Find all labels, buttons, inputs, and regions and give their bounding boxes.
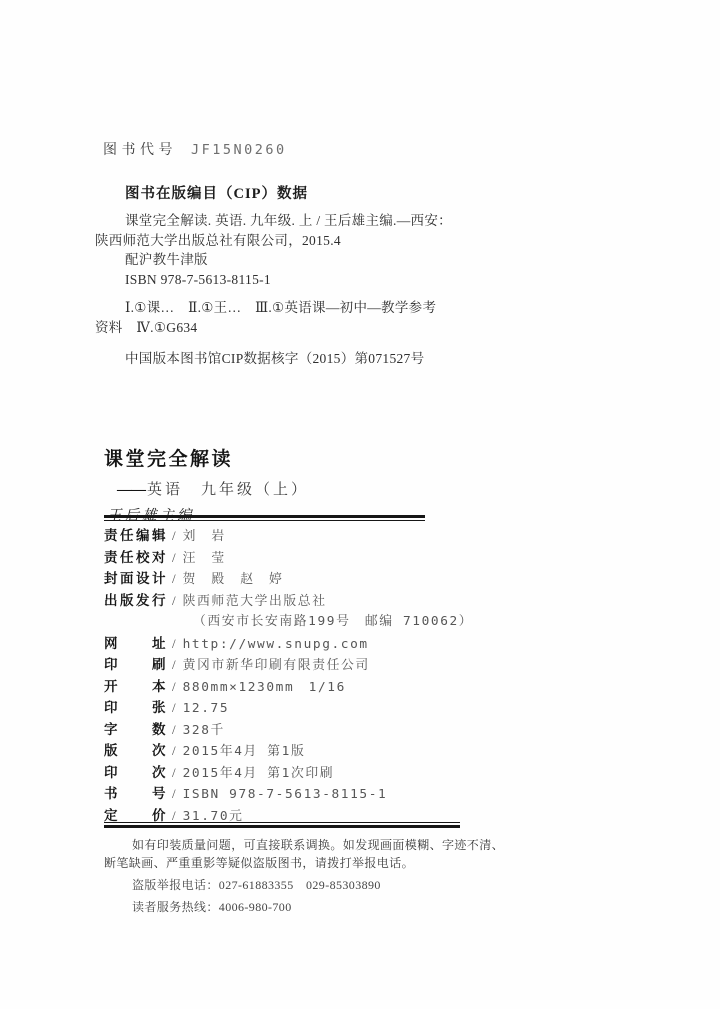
cip-line-7: 中国版本图书馆CIP数据核字（2015）第071527号 (95, 349, 445, 369)
row-label: 印 张 (104, 696, 170, 716)
colophon-row-publisher-address: （西安市长安南路199号 邮编 710062） (104, 610, 473, 632)
rule-thick-line (104, 515, 425, 518)
cip-line-5: Ⅰ.①课… Ⅱ.①王… Ⅲ.①英语课—初中—教学参考 (95, 298, 445, 318)
row-value: 陕西师范大学出版总社 (183, 590, 327, 609)
cip-heading: 图书在版编目（CIP）数据 (125, 182, 308, 203)
row-label: 版 次 (104, 739, 170, 759)
double-rule-bottom (104, 822, 460, 828)
row-label: 定 价 (104, 804, 170, 824)
row-label: 开 本 (104, 675, 170, 695)
slash-separator: / (172, 636, 176, 652)
title-block: 课堂完全解读 ——英语 九年级（上） 王后雄主编 (104, 444, 309, 525)
colophon-row-editor: 责任编辑/刘 岩 (104, 524, 473, 546)
row-value: （西安市长安南路199号 邮编 710062） (193, 610, 473, 629)
row-label: 出版发行 (104, 589, 170, 609)
colophon-row-publisher: 出版发行/陕西师范大学出版总社 (104, 589, 473, 611)
notice-line-2: 断笔缺画、严重重影等疑似盗版图书，请拨打举报电话。 (104, 855, 504, 873)
row-value: 黄冈市新华印刷有限责任公司 (183, 654, 370, 673)
row-value: 贺 殿 赵 婷 (183, 568, 284, 587)
cip-line-3: 配沪教牛津版 (95, 250, 445, 270)
book-subtitle: 英语 九年级（上） (147, 482, 309, 498)
row-value: 2015年4月 第1次印刷 (183, 762, 335, 781)
rule-thick-line (104, 825, 460, 828)
row-value: 880mm×1230mm 1/16 (183, 676, 346, 695)
slash-separator: / (172, 657, 176, 673)
rule-thin-line (104, 520, 425, 521)
piracy-hotline: 盗版举报电话：027-61883355 029-85303890 (104, 877, 504, 895)
row-label: 书 号 (104, 782, 170, 802)
slash-separator: / (172, 743, 176, 759)
row-value: 刘 岩 (183, 525, 226, 544)
cip-block: 课堂完全解读. 英语. 九年级. 上 / 王后雄主编.—西安： 陕西师范大学出版… (95, 211, 445, 369)
row-label: 网 址 (104, 632, 170, 652)
row-value: 328千 (183, 719, 225, 738)
slash-separator: / (172, 700, 176, 716)
slash-separator: / (172, 550, 176, 566)
book-subtitle-line: ——英语 九年级（上） (104, 478, 309, 499)
copyright-page: 图书代号JF15N0260 图书在版编目（CIP）数据 课堂完全解读. 英语. … (0, 0, 720, 1009)
book-code-label: 图书代号 (103, 143, 177, 158)
colophon-row-word-count: 字 数/328千 (104, 718, 473, 740)
row-value: ISBN 978-7-5613-8115-1 (183, 787, 388, 802)
cip-line-2: 陕西师范大学出版总社有限公司，2015.4 (95, 231, 445, 251)
row-label: 封面设计 (104, 567, 170, 587)
row-label: 责任编辑 (104, 524, 170, 544)
colophon-row-edition: 版 次/2015年4月 第1版 (104, 739, 473, 761)
slash-separator: / (172, 679, 176, 695)
book-code: 图书代号JF15N0260 (103, 139, 287, 159)
row-value: 2015年4月 第1版 (183, 740, 306, 759)
em-dash: —— (117, 482, 145, 498)
book-code-value: JF15N0260 (191, 142, 287, 158)
slash-separator: / (172, 765, 176, 781)
slash-separator: / (172, 786, 176, 802)
row-value: 12.75 (183, 701, 230, 716)
colophon-row-sheets: 印 张/12.75 (104, 696, 473, 718)
colophon-row-printer: 印 刷/黄冈市新华印刷有限责任公司 (104, 653, 473, 675)
cip-line-1: 课堂完全解读. 英语. 九年级. 上 / 王后雄主编.—西安： (95, 211, 445, 231)
reader-service-hotline: 读者服务热线：4006-980-700 (104, 899, 504, 917)
colophon-row-proofreader: 责任校对/汪 莹 (104, 546, 473, 568)
row-label: 责任校对 (104, 546, 170, 566)
row-label: 印 刷 (104, 653, 170, 673)
book-title: 课堂完全解读 (104, 444, 309, 471)
colophon-row-format: 开 本/880mm×1230mm 1/16 (104, 675, 473, 697)
colophon-row-website: 网 址/http://www.snupg.com (104, 632, 473, 654)
row-value: 31.70元 (183, 805, 244, 824)
colophon-table: 责任编辑/刘 岩 责任校对/汪 莹 封面设计/贺 殿 赵 婷 出版发行/陕西师范… (104, 524, 473, 825)
rule-thin-line (104, 822, 460, 823)
slash-separator: / (172, 593, 176, 609)
cip-line-4: ISBN 978-7-5613-8115-1 (95, 270, 445, 290)
slash-separator: / (172, 722, 176, 738)
slash-separator: / (172, 528, 176, 544)
cip-line-6: 资料 Ⅳ.①G634 (95, 318, 445, 338)
quality-notice: 如有印装质量问题，可直接联系调换。如发现画面模糊、字迹不清、 断笔缺画、严重重影… (104, 837, 504, 916)
row-value: 汪 莹 (183, 547, 226, 566)
row-value: http://www.snupg.com (183, 637, 369, 652)
colophon-row-isbn: 书 号/ISBN 978-7-5613-8115-1 (104, 782, 473, 804)
notice-line-1: 如有印装质量问题，可直接联系调换。如发现画面模糊、字迹不清、 (104, 837, 504, 855)
colophon-row-cover-design: 封面设计/贺 殿 赵 婷 (104, 567, 473, 589)
row-label: 印 次 (104, 761, 170, 781)
double-rule-top (104, 515, 425, 521)
row-label: 字 数 (104, 718, 170, 738)
colophon-row-impression: 印 次/2015年4月 第1次印刷 (104, 761, 473, 783)
slash-separator: / (172, 571, 176, 587)
